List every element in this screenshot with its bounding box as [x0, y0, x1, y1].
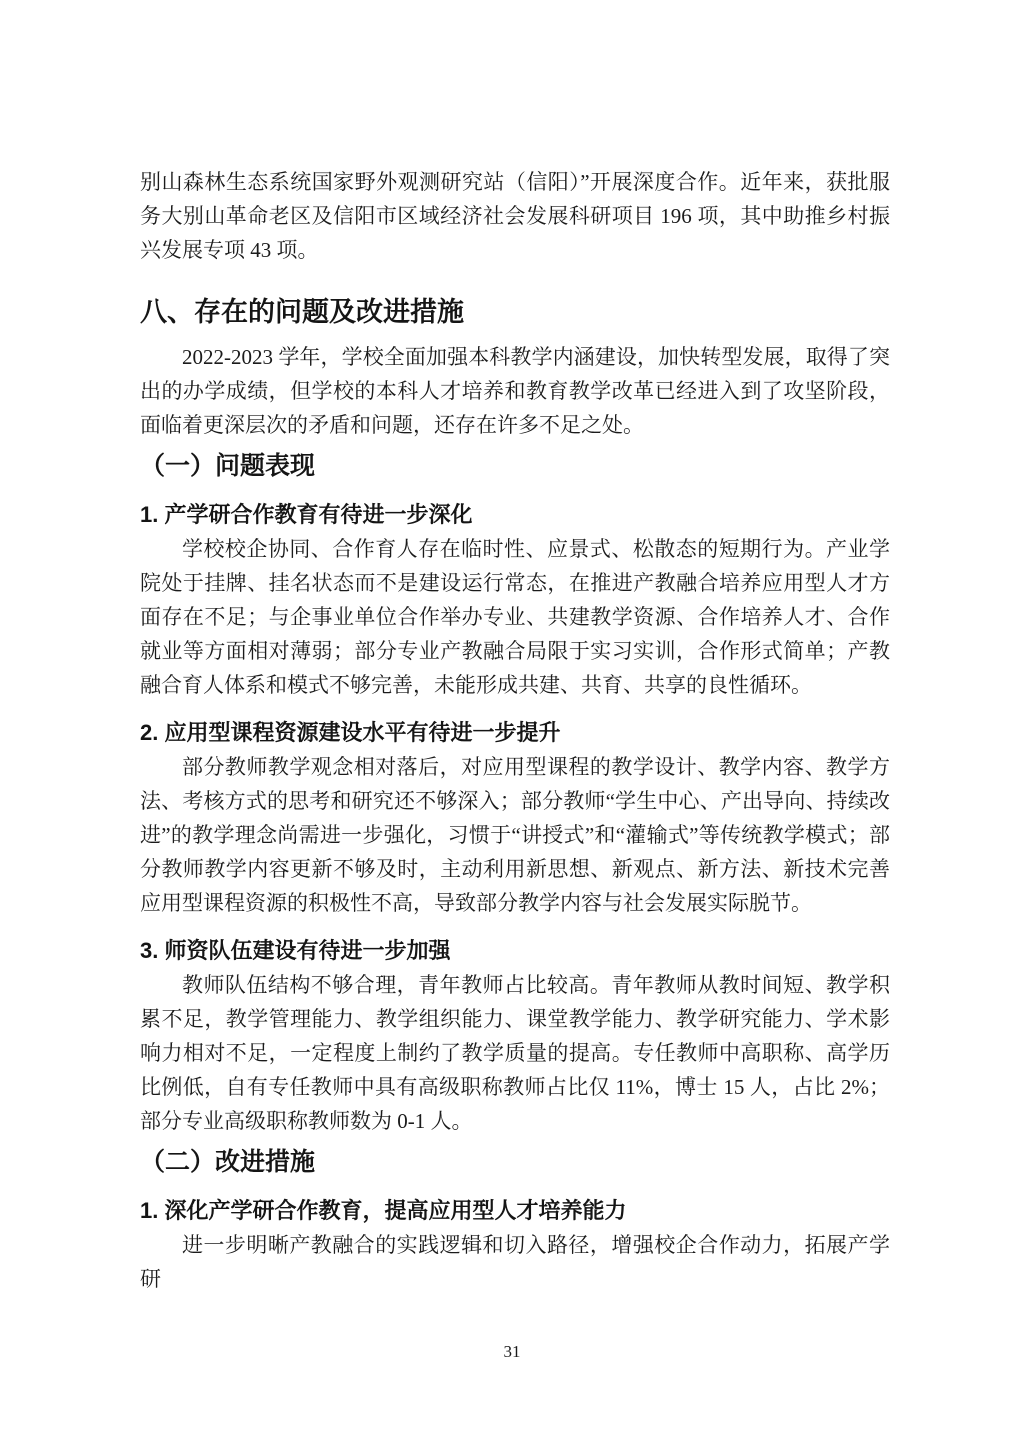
intro-paragraph: 别山森林生态系统国家野外观测研究站（信阳）”开展深度合作。近年来，获批服务大别山… — [140, 165, 890, 267]
subsection-heading-problems: （一）问题表现 — [140, 448, 890, 484]
problem-item-1-body: 学校校企协同、合作育人存在临时性、应景式、松散态的短期行为。产业学院处于挂牌、挂… — [140, 532, 890, 702]
problem-item-1-heading: 1. 产学研合作教育有待进一步深化 — [140, 500, 890, 530]
subsection-heading-measures: （二）改进措施 — [140, 1144, 890, 1180]
problem-item-2-heading: 2. 应用型课程资源建设水平有待进一步提升 — [140, 718, 890, 748]
section-intro-paragraph: 2022-2023 学年，学校全面加强本科教学内涵建设，加快转型发展，取得了突出… — [140, 340, 890, 442]
problem-item-3-body: 教师队伍结构不够合理，青年教师占比较高。青年教师从教时间短、教学积累不足，教学管… — [140, 968, 890, 1138]
problem-item-3-heading: 3. 师资队伍建设有待进一步加强 — [140, 936, 890, 966]
section-heading: 八、存在的问题及改进措施 — [140, 292, 890, 332]
page-content: 别山森林生态系统国家野外观测研究站（信阳）”开展深度合作。近年来，获批服务大别山… — [140, 0, 890, 1296]
measure-item-1-body: 进一步明晰产教融合的实践逻辑和切入路径，增强校企合作动力，拓展产学研 — [140, 1228, 890, 1296]
problem-item-2-body: 部分教师教学观念相对落后，对应用型课程的教学设计、教学内容、教学方法、考核方式的… — [140, 750, 890, 920]
page-number: 31 — [0, 1342, 1024, 1362]
measure-item-1-heading: 1. 深化产学研合作教育，提高应用型人才培养能力 — [140, 1196, 890, 1226]
document-page: 别山森林生态系统国家野外观测研究站（信阳）”开展深度合作。近年来，获批服务大别山… — [0, 0, 1024, 1448]
